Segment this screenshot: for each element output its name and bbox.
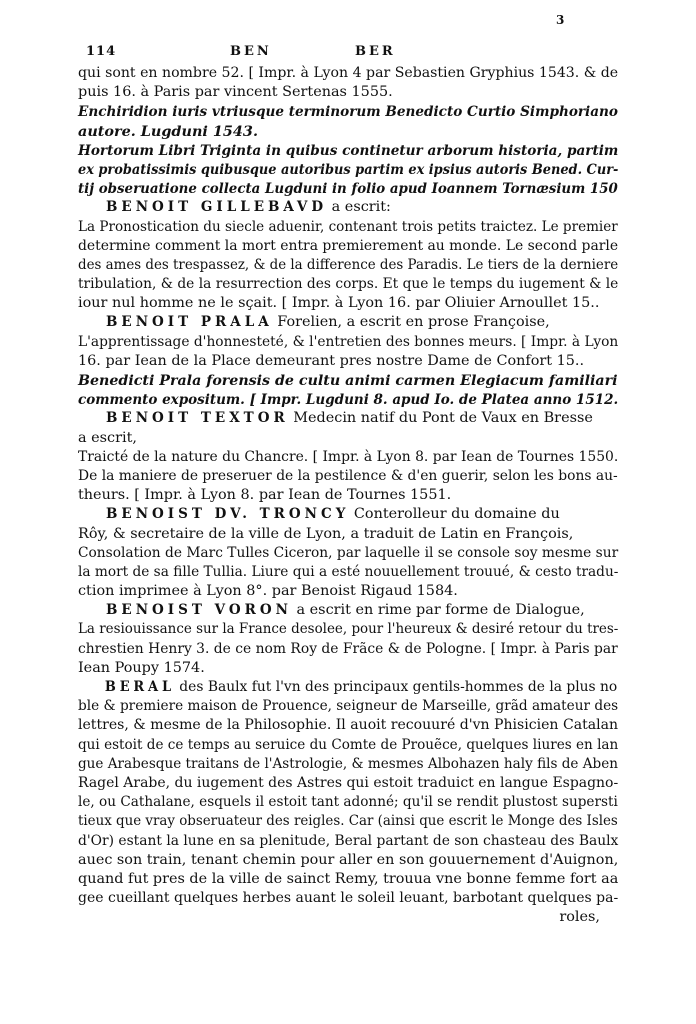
author-name: BENOIT PRALA bbox=[106, 314, 273, 330]
text-line: a escrit, bbox=[78, 429, 618, 448]
author-name: BENOIST DV. TRONCY bbox=[106, 506, 349, 522]
text-line: gee cueillant quelques herbes auant le s… bbox=[78, 889, 603, 908]
author-name: BENOIT GILLEBAVD bbox=[106, 199, 327, 215]
italic-text-line: autore. Lugduni 1543. bbox=[78, 122, 618, 141]
author-name: BENOIST VORON bbox=[106, 602, 292, 618]
text-line: ction imprimee à Lyon 8°. par Benoist Ri… bbox=[78, 582, 618, 601]
text-line: chrestien Henry 3. de ce nom Roy de Frãc… bbox=[78, 640, 598, 659]
author-entry-line: BENOIT GILLEBAVD a escrit: bbox=[78, 198, 618, 217]
author-name: BENOIT TEXTOR bbox=[106, 410, 289, 426]
author-entry-line: BENOIT PRALA Forelien, a escrit en prose… bbox=[78, 313, 618, 332]
book-page: 3 114 BEN BER qui sont en nombre 52. [ I… bbox=[0, 0, 696, 1024]
text-body: qui sont en nombre 52. [ Impr. à Lyon 4 … bbox=[78, 64, 618, 927]
author-entry-line: BERAL des Baulx fut l'vn des principaux … bbox=[78, 678, 597, 697]
text-line: iour nul homme ne le sçait. [ Impr. à Ly… bbox=[78, 294, 618, 313]
text-line: tribulation, & de la resurrection des co… bbox=[78, 275, 595, 294]
text-line: qui sont en nombre 52. [ Impr. à Lyon 4 … bbox=[78, 64, 607, 83]
italic-text-line: commento expositum. [ Impr. Lugduni 8. a… bbox=[78, 390, 584, 409]
author-entry-text: Conterolleur du domaine du bbox=[349, 506, 559, 522]
italic-text-line: ex probatissimis quibusque autoribus par… bbox=[78, 160, 562, 179]
text-line: La resiouissance sur la France desolee, … bbox=[78, 620, 582, 639]
text-line: Ragel Arabe, du iugement des Astres qui … bbox=[78, 774, 602, 793]
italic-text-line: Benedicti Prala forensis de cultu animi … bbox=[78, 371, 611, 390]
text-line: la mort de sa fille Tullia. Liure qui a … bbox=[78, 563, 591, 582]
running-head-right: BER bbox=[355, 44, 396, 59]
text-line: puis 16. à Paris par vincent Sertenas 15… bbox=[78, 83, 618, 102]
text-line: quand fut pres de la ville de sainct Rem… bbox=[78, 870, 617, 889]
text-line: Iean Poupy 1574. bbox=[78, 659, 618, 678]
text-line: determine comment la mort entra premiere… bbox=[78, 237, 601, 256]
text-line: tieux que vray obseruateur des reigles. … bbox=[78, 812, 581, 831]
running-head-left: BEN bbox=[230, 44, 272, 59]
text-line: theurs. [ Impr. à Lyon 8. par Iean de To… bbox=[78, 486, 618, 505]
text-line: auec son train, tenant chemin pour aller… bbox=[78, 851, 617, 870]
text-line: La Pronostication du siecle aduenir, con… bbox=[78, 218, 586, 237]
text-line: des ames des trespassez, & de la differe… bbox=[78, 256, 581, 275]
author-name: BERAL bbox=[105, 679, 175, 695]
italic-text-line: tij obseruatione collecta Lugduni in fol… bbox=[78, 179, 580, 198]
author-entry-text: Medecin natif du Pont de Vaux en Bresse bbox=[289, 410, 593, 426]
author-entry-line: BENOIST DV. TRONCY Conterolleur du domai… bbox=[78, 505, 618, 524]
author-entry-text: a escrit: bbox=[327, 199, 391, 215]
text-line: De la maniere de preseruer de la pestile… bbox=[78, 467, 598, 486]
page-number: 114 bbox=[86, 44, 116, 59]
italic-text-line: Enchiridion iuris vtriusque terminorum B… bbox=[78, 102, 588, 121]
text-line: Consolation de Marc Tulles Ciceron, par … bbox=[78, 544, 594, 563]
italic-text-line: Hortorum Libri Triginta in quibus contin… bbox=[78, 141, 589, 160]
text-line: Traicté de la nature du Chancre. [ Impr.… bbox=[78, 448, 599, 467]
text-line: gue Arabesque traitans de l'Astrologie, … bbox=[78, 755, 587, 774]
text-line: le, ou Cathalane, esquels il estoit tant… bbox=[78, 793, 589, 812]
author-entry-text: a escrit en rime par forme de Dialogue, bbox=[292, 602, 585, 618]
signature-mark: 3 bbox=[556, 13, 564, 27]
catchword: roles, bbox=[78, 908, 618, 927]
text-line: qui estoit de ce temps au seruice du Com… bbox=[78, 736, 587, 755]
author-entry-text: Forelien, a escrit en prose Françoise, bbox=[273, 314, 550, 330]
text-line: d'Or) estant la lune en sa plenitude, Be… bbox=[78, 832, 597, 851]
text-line: Rôy, & secretaire de la ville de Lyon, a… bbox=[78, 525, 618, 544]
text-line: L'apprentissage d'honnesteté, & l'entret… bbox=[78, 333, 594, 352]
text-line: lettres, & mesme de la Philosophie. Il a… bbox=[78, 716, 605, 735]
author-entry-text: des Baulx fut l'vn des principaux gentil… bbox=[175, 679, 617, 695]
author-entry-line: BENOIST VORON a escrit en rime par forme… bbox=[78, 601, 618, 620]
text-line: 16. par Iean de la Place demeurant pres … bbox=[78, 352, 618, 371]
text-line: ble & premiere maison de Prouence, seign… bbox=[78, 697, 590, 716]
author-entry-line: BENOIT TEXTOR Medecin natif du Pont de V… bbox=[78, 409, 618, 428]
